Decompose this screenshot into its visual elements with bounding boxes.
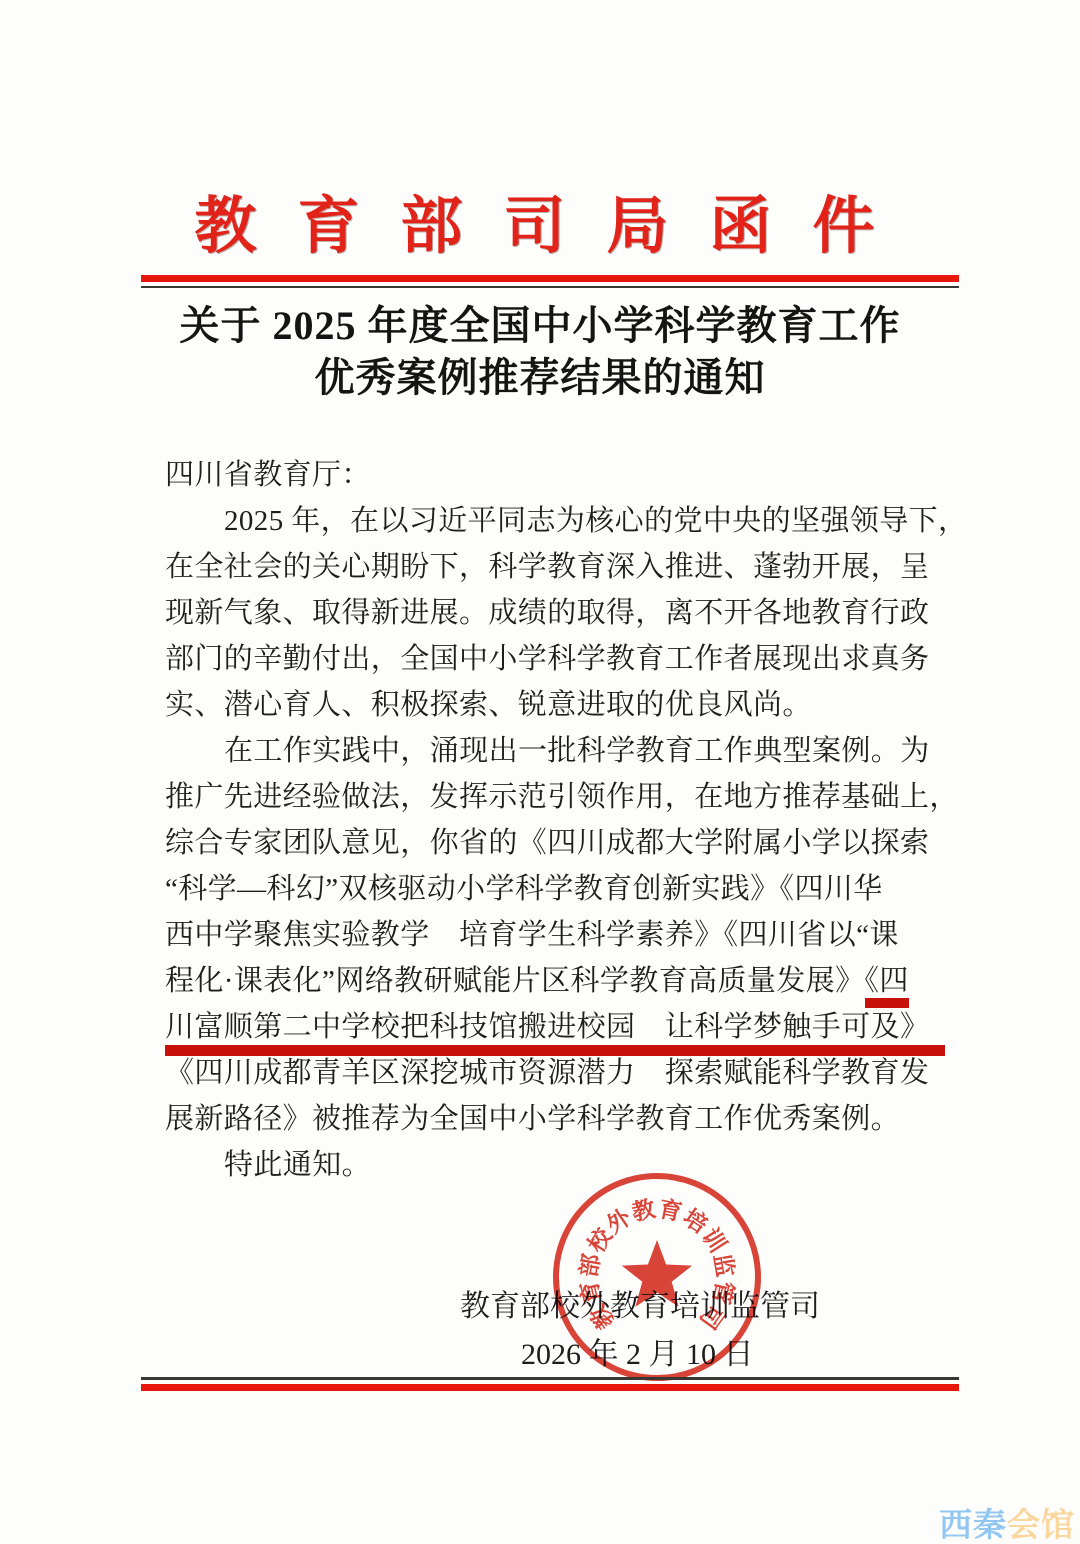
footer-rule [141, 1377, 959, 1391]
header-rule [141, 275, 959, 288]
document-title: 关于 2025 年度全国中小学科学教育工作 优秀案例推荐结果的通知 [0, 300, 1080, 404]
footer-rule-black-line [141, 1377, 959, 1380]
body-line: 川富顺第二中学校把科技馆搬进校园 让科学梦触手可及》 [165, 1004, 955, 1050]
body-line: 实、潜心育人、积极探索、锐意进取的优良风尚。 [165, 682, 955, 728]
watermark: 西秦会馆 [939, 1499, 1075, 1544]
body-line: 现新气象、取得新进展。成绩的取得，离不开各地教育行政 [165, 590, 955, 636]
document-body: 四川省教育厅：2025 年，在以习近平同志为核心的党中央的坚强领导下，在全社会的… [165, 452, 955, 1188]
svg-text:司: 司 [695, 1300, 729, 1333]
body-line: 在全社会的关心期盼下，科学教育深入推进、蓬勃开展，呈 [165, 544, 955, 590]
body-line: 推广先进经验做法，发挥示范引领作用，在地方推荐基础上， [165, 774, 955, 820]
svg-text:教: 教 [630, 1196, 658, 1225]
body-line: 综合专家团队意见，你省的《四川成都大学附属小学以探索 [165, 820, 955, 866]
body-line: 程化·课表化”网络教研赋能片区科学教育高质量发展》《四 [165, 958, 955, 1004]
svg-text:部: 部 [575, 1252, 605, 1279]
body-line: 部门的辛勤付出，全国中小学科学教育工作者展现出求真务 [165, 636, 955, 682]
body-line: 《四川成都青羊区深挖城市资源潜力 探索赋能科学教育发 [165, 1050, 955, 1096]
body-line: 西中学聚焦实验教学 培育学生科学素养》《四川省以“课 [165, 912, 955, 958]
svg-text:监: 监 [709, 1252, 739, 1279]
svg-text:育: 育 [576, 1278, 607, 1306]
header-rule-black-line [141, 286, 959, 288]
document-title-line2: 优秀案例推荐结果的通知 [0, 352, 1080, 404]
watermark-part2: 会馆 [1007, 1506, 1075, 1543]
body-line: 展新路径》被推荐为全国中小学科学教育工作优秀案例。 [165, 1096, 955, 1142]
footer-rule-red-line [141, 1384, 959, 1391]
body-line: 在工作实践中，涌现出一批科学教育工作典型案例。为 [165, 728, 955, 774]
watermark-part1: 西秦 [939, 1506, 1007, 1543]
official-seal: 教育部校外教育培训监管司 [549, 1169, 765, 1385]
body-line: 四川省教育厅： [165, 452, 955, 498]
document-title-line1: 关于 2025 年度全国中小学科学教育工作 [0, 300, 1080, 352]
svg-text:育: 育 [657, 1195, 685, 1225]
letterhead-title: 教育部司局函件 [0, 176, 1080, 265]
body-line: 2025 年，在以习近平同志为核心的党中央的坚强领导下， [165, 498, 955, 544]
seal-star-icon [622, 1240, 692, 1307]
body-line: “科学—科幻”双核驱动小学科学教育创新实践》《四川华 [165, 866, 955, 912]
document-page: 教育部司局函件 关于 2025 年度全国中小学科学教育工作 优秀案例推荐结果的通… [0, 0, 1080, 1544]
highlighted-text: 《四 [865, 965, 909, 1008]
header-rule-red-line [141, 275, 959, 282]
